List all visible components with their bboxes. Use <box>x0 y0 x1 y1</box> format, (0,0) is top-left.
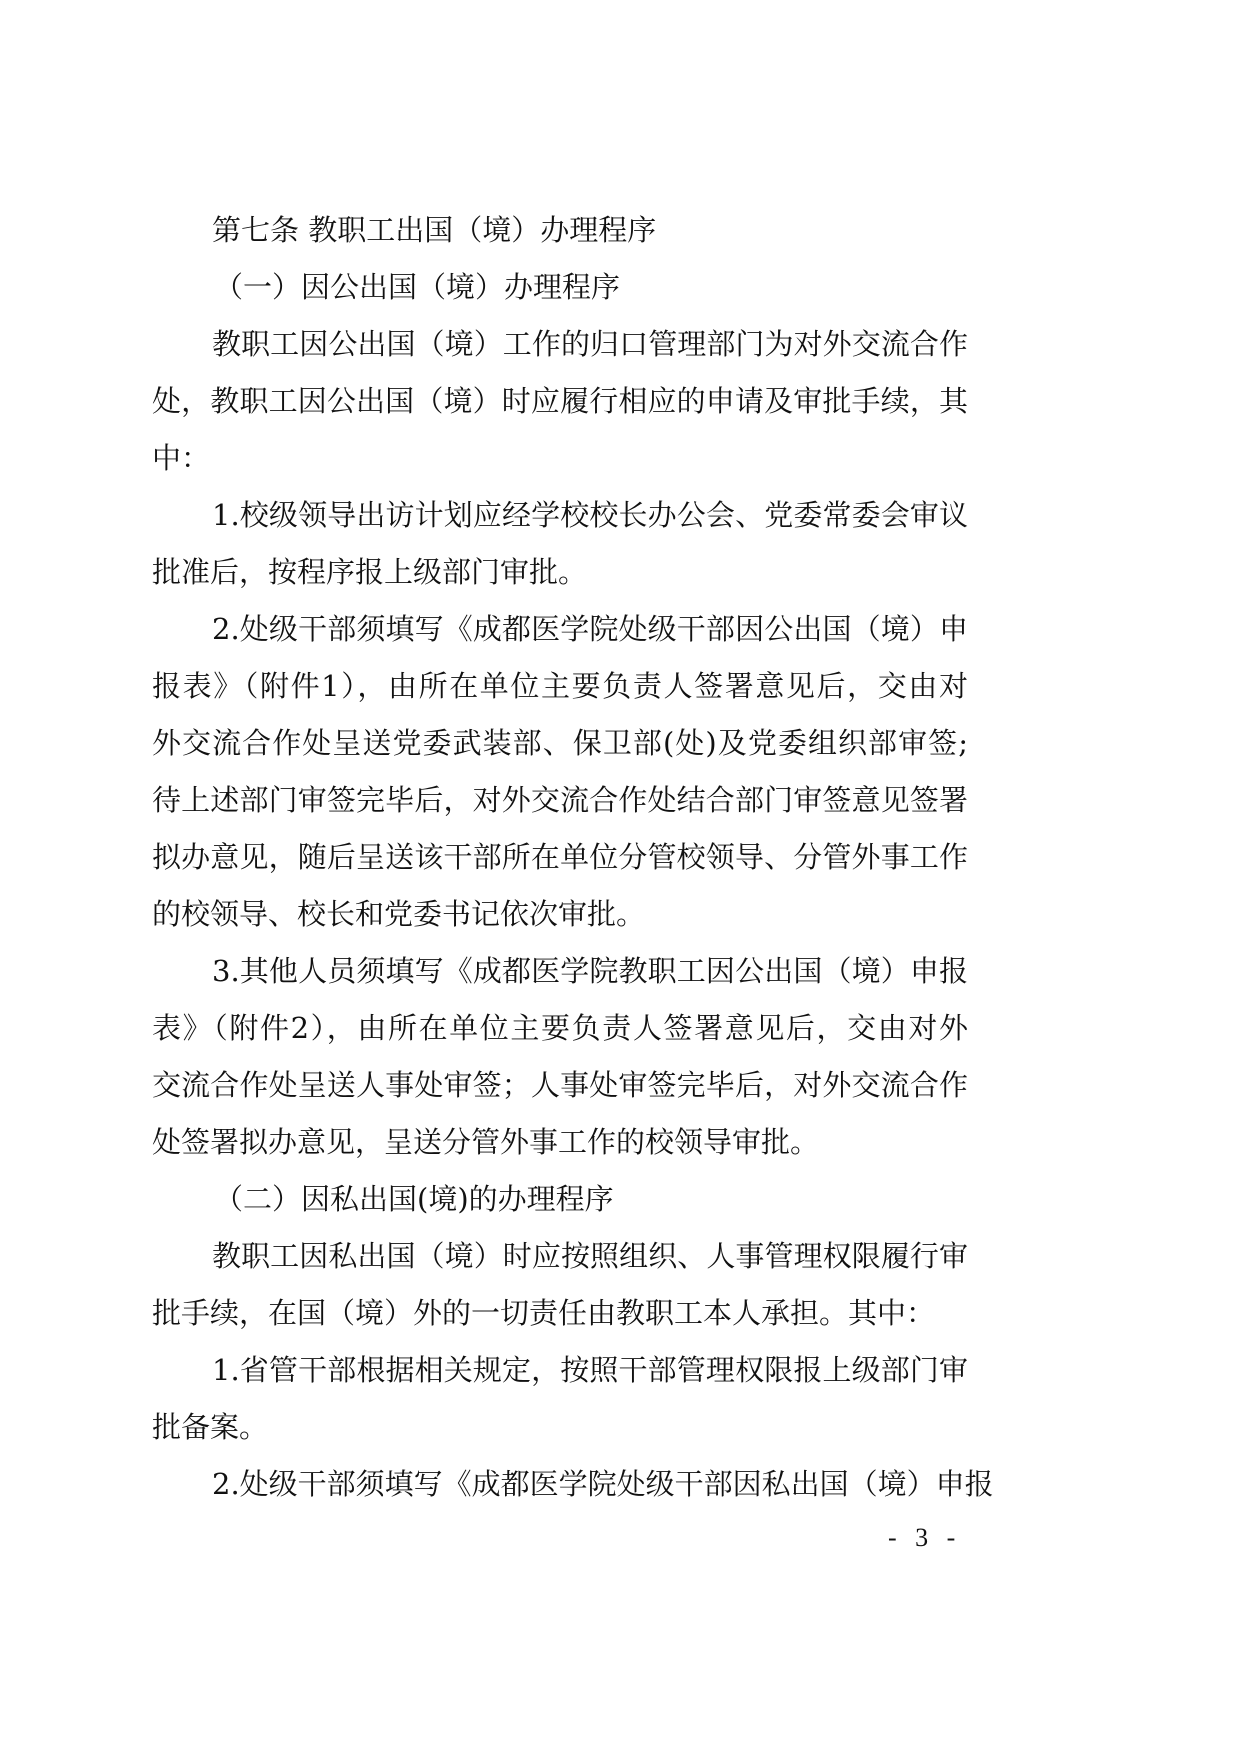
list-item-line: 拟办意见，随后呈送该干部所在单位分管校领导、分管外事工作 <box>152 835 968 879</box>
article-heading: 第七条 教职工出国（境）办理程序 <box>212 208 656 252</box>
list-item-line: 表》（附件2），由所在单位主要负责人签署意见后，交由对外 <box>152 1006 968 1050</box>
list-item-line: 1.省管干部根据相关规定，按照干部管理权限报上级部门审 <box>212 1348 968 1392</box>
list-item-line: 批备案。 <box>152 1405 268 1449</box>
list-item-line: 交流合作处呈送人事处审签；人事处审签完毕后，对外交流合作 <box>152 1063 968 1107</box>
list-item-line: 3.其他人员须填写《成都医学院教职工因公出国（境）申报 <box>212 949 968 993</box>
document-page: 第七条 教职工出国（境）办理程序 （一）因公出国（境）办理程序 教职工因公出国（… <box>0 0 1240 1754</box>
list-item-line: 1.校级领导出访计划应经学校校长办公会、党委常委会审议 <box>212 493 968 537</box>
page-number: - 3 - <box>888 1518 961 1558</box>
section-heading-private: （二）因私出国(境)的办理程序 <box>214 1177 614 1221</box>
paragraph-line: 批手续，在国（境）外的一切责任由教职工本人承担。其中： <box>152 1291 935 1335</box>
paragraph-line: 处，教职工因公出国（境）时应履行相应的申请及审批手续，其 <box>152 379 968 423</box>
paragraph-line: 中： <box>152 436 210 480</box>
list-item-line: 批准后，按程序报上级部门审批。 <box>152 550 587 594</box>
paragraph-line: 教职工因私出国（境）时应按照组织、人事管理权限履行审 <box>212 1234 968 1278</box>
paragraph-line: 教职工因公出国（境）工作的归口管理部门为对外交流合作 <box>212 322 968 366</box>
list-item-line: 2.处级干部须填写《成都医学院处级干部因公出国（境）申 <box>212 607 968 651</box>
list-item-line: 外交流合作处呈送党委武装部、保卫部(处)及党委组织部审签; <box>152 721 968 765</box>
list-item-line: 处签署拟办意见，呈送分管外事工作的校领导审批。 <box>152 1120 819 1164</box>
list-item-line: 的校领导、校长和党委书记依次审批。 <box>152 892 645 936</box>
section-heading-official: （一）因公出国（境）办理程序 <box>214 265 620 309</box>
list-item-line: 待上述部门审签完毕后，对外交流合作处结合部门审签意见签署 <box>152 778 968 822</box>
list-item-line: 2.处级干部须填写《成都医学院处级干部因私出国（境）申报 <box>212 1462 968 1506</box>
list-item-line: 报表》（附件1），由所在单位主要负责人签署意见后，交由对 <box>152 664 968 708</box>
